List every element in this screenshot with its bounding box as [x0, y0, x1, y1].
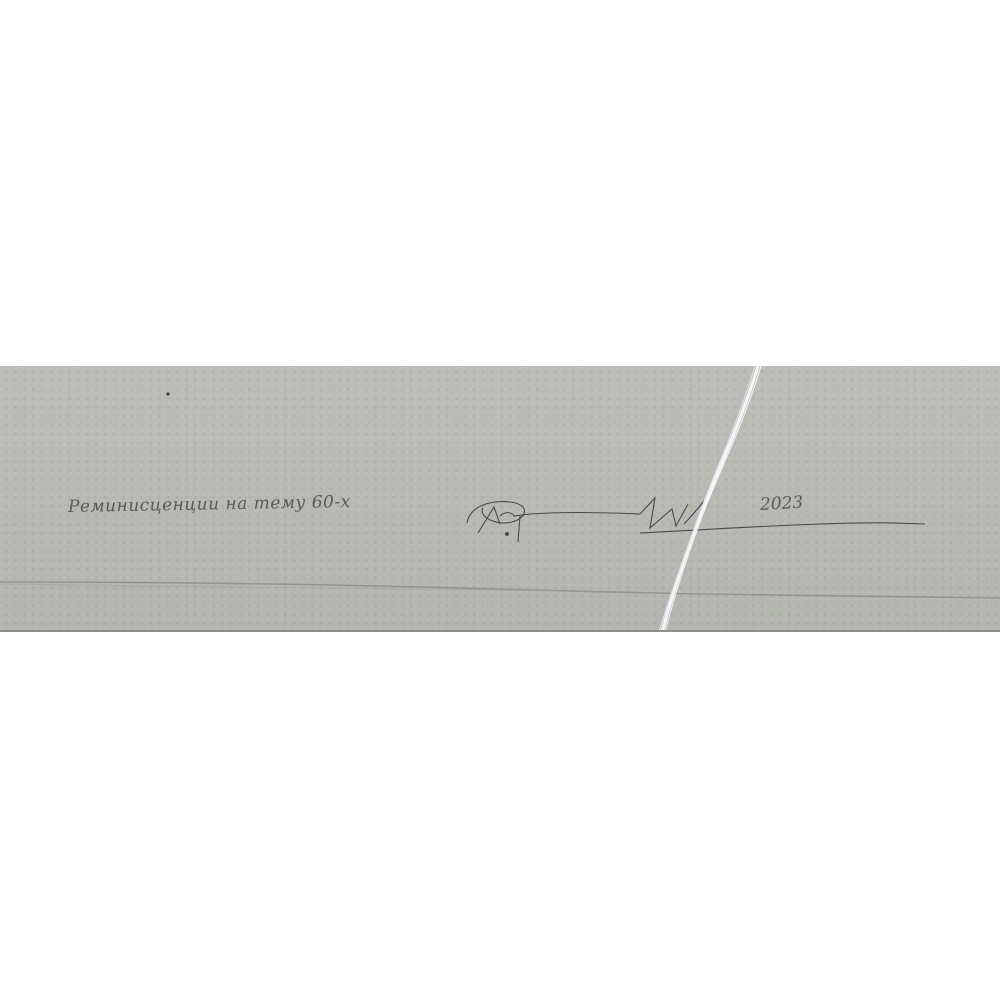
handwritten-year: 2023 [759, 493, 803, 515]
photo-stage: Реминисценции на тему 60-х 2023 artist s… [0, 0, 1000, 1000]
paper-bottom-edge [0, 630, 1000, 632]
